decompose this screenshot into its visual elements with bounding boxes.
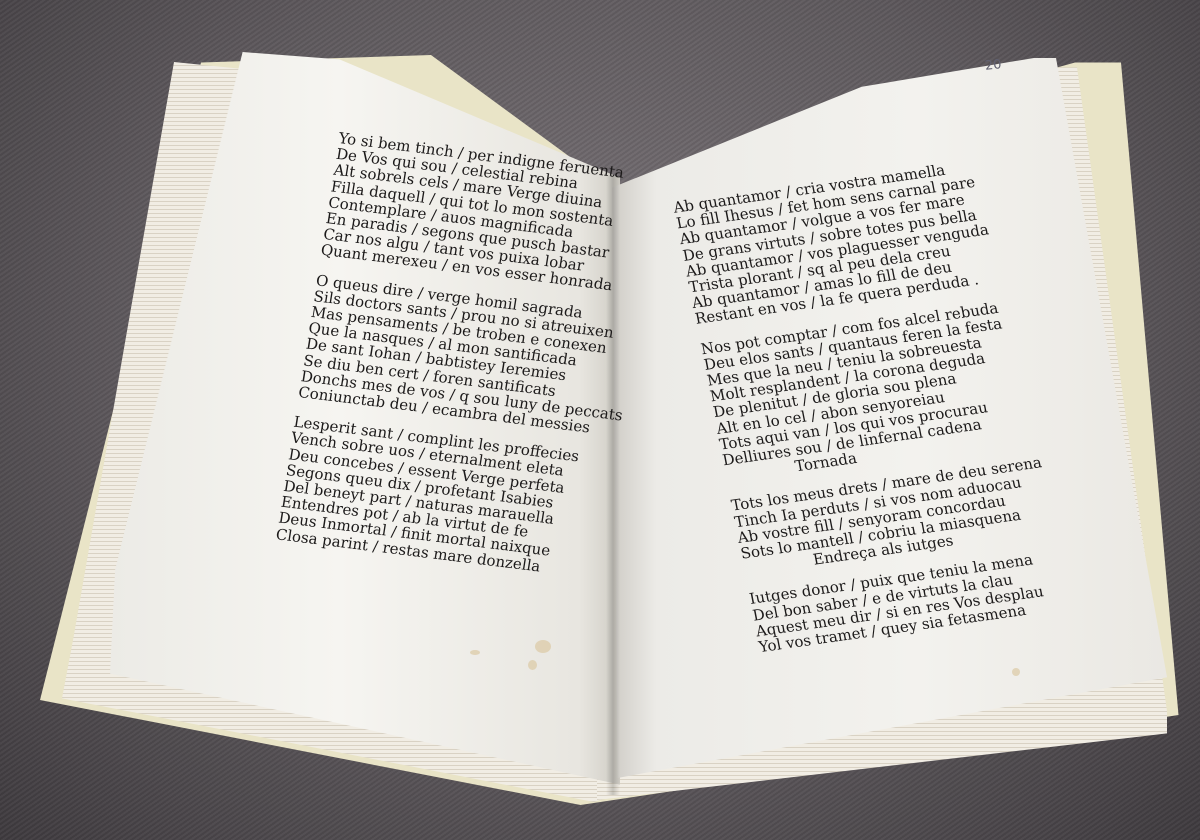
folio-number: 20 <box>984 57 1002 74</box>
foxing-stain <box>528 660 537 670</box>
stanza: O queus dire / verge homil sagrada Sils … <box>297 272 639 440</box>
foxing-stain <box>470 650 480 655</box>
left-page-text: Yo si bem tinch / per indigne feruenta D… <box>273 130 662 595</box>
foxing-stain <box>535 640 551 653</box>
stanza: Lesperit sant / complint les proffecies … <box>275 414 617 582</box>
stanza: Nos pot comptar / com fos alcel rebuda D… <box>699 298 1037 485</box>
foxing-stain <box>1012 668 1020 676</box>
